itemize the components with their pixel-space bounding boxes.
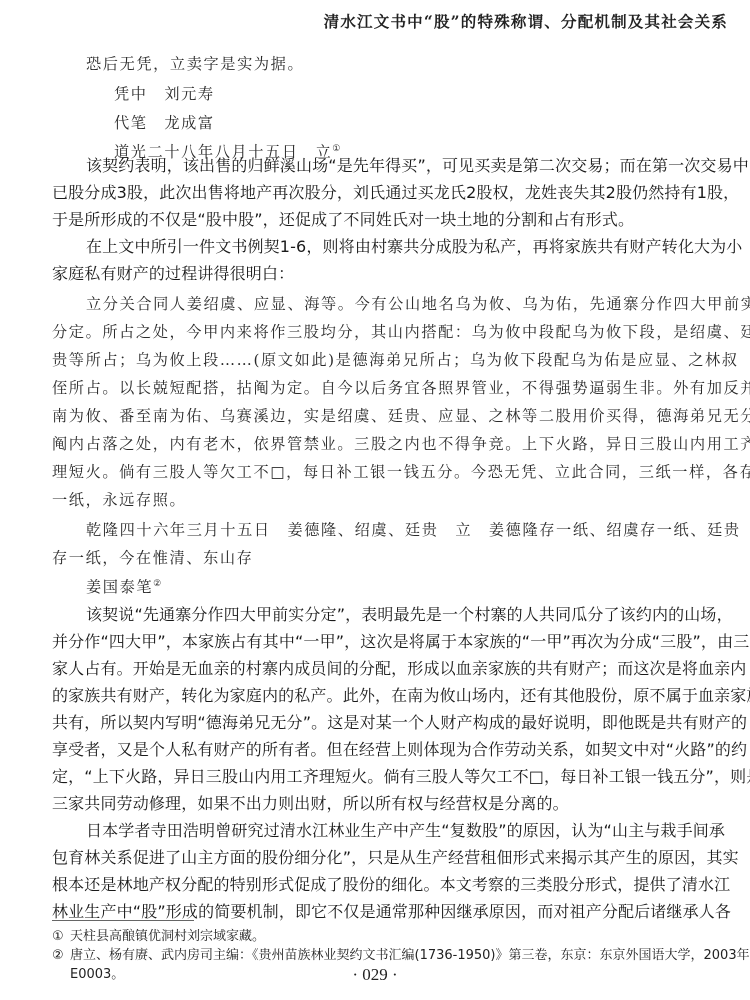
text-line: 根本还是林地产权分配的特别形式促成了股份的细化。本文考察的三类股分形式，提供了清… (52, 875, 730, 895)
quote-line: 乾隆四十六年三月十五日 姜德隆、绍虞、廷贵 立 姜德隆存一纸、绍虞存一纸、廷贵 (86, 520, 741, 540)
text-line: 并分作“四大甲”，本家族占有其中“一甲”，这次是将属于本家族的“一甲”再次为分成… (52, 632, 749, 652)
quote-line: 恐后无凭，立卖字是实为据。 (86, 54, 304, 74)
text-line: 该契说“先通寨分作四大甲前实分定”，表明最先是一个村寨的人共同瓜分了该约内的山场… (86, 605, 733, 625)
text-line: 于是所形成的不仅是“股中股”，还促成了不同姓氏对一块土地的分割和占有形式。 (52, 210, 634, 230)
quote-line: 南为攸、番至南为佑、乌赛溪边，实是绍虞、廷贵、应显、之林等二股用价买得，德海弟兄… (52, 406, 750, 426)
text-line: 林业生产中“股”形成的简要机制，即它不仅是通常那种因继承原因，而对祖产分配后诸继… (52, 902, 731, 922)
page-number: · 029 · (0, 965, 750, 985)
quote-line: 理短火。倘有三股人等欠工不□，每日补工银一钱五分。今恐无凭、立此合同，三纸一样，… (52, 462, 750, 482)
quote-line-scribe: 姜国泰笔② (86, 577, 163, 597)
quote-line: 侄所占。以长兢短配搭，拈阄为定。自今以后务宜各照界管业，不得强势逼弱生非。外有加… (52, 378, 750, 398)
text-line: 包育林关系促进了山主方面的股份细分化”，只是从生产经营租佃形式来揭示其产生的原因… (52, 848, 739, 868)
footnote-text: 唐立、杨有赓、武内房司主编：《贵州苗族林业契约文书汇编(1736-1950)》第… (70, 948, 750, 963)
footnote-1: ①天柱县高酿镇优洞村刘宗域家藏。 (52, 928, 265, 946)
quote-line: 存一纸，今在惟清、东山存 (52, 548, 253, 568)
text-line: 家庭私有财产的过程讲得很明白： (52, 264, 294, 284)
quote-line: 代笔 龙成富 (114, 113, 215, 133)
text-line: 三家共同劳动修理，如果不出力则出财，所以所有权与经营权是分离的。 (52, 794, 569, 814)
footnote-text: 天柱县高酿镇优洞村刘宗域家藏。 (70, 929, 265, 944)
text-line: 享受者，又是个人私有财产的所有者。但在经营上则体现为合作劳动关系，如契文中对“火… (52, 740, 747, 760)
text-line: 该契约表明，该出售的归鲜溪山场“是先年得买”，可见买卖是第二次交易；而在第一次交… (86, 156, 749, 176)
quote-line: 分定。所占之处，今甲内来将作三股均分，其山内搭配：乌为攸中段配乌为攸下段，是绍虞… (52, 322, 750, 342)
footnote-divider (52, 920, 194, 921)
quote-line: 贵等所占；乌为攸上段……(原文如此)是德海弟兄所占；乌为攸下段配乌为佑是应显、之… (52, 350, 739, 370)
footnote-ref-1[interactable]: ① (332, 144, 342, 154)
text-line: 定，“上下火路，异日三股山内用工齐理短火。倘有三股人等欠工不□，每日补工银一钱五… (52, 767, 750, 787)
running-title: 清水江文书中“股”的特殊称谓、分配机制及其社会关系 (324, 10, 728, 32)
footnote-mark: ② (52, 947, 70, 965)
text-line: 在上文中所引一件文书例契1-6，则将由村寨共分成股为私产，再将家族共有财产转化大… (86, 237, 742, 257)
text-line: 已股分成3股，此次出售将地产再次股分，刘氏通过买龙氏2股权，龙姓丧失其2股仍然持… (52, 183, 739, 203)
quote-line: 一纸，永远存照。 (52, 490, 186, 510)
quote-line: 立分关合同人姜绍虞、应显、海等。今有公山地名乌为攸、乌为佑，先通寨分作四大甲前实 (86, 294, 750, 314)
quote-line: 凭中 刘元寿 (114, 84, 215, 104)
footnote-2: ②唐立、杨有赓、武内房司主编：《贵州苗族林业契约文书汇编(1736-1950)》… (52, 947, 750, 965)
text-line: 家人占有。开始是无血亲的村寨内成员间的分配，形成以血亲家族的共有财产；而这次是将… (52, 659, 746, 679)
footnote-mark: ① (52, 928, 70, 946)
quote-line: 阄内占落之处，内有老木，依界管禁业。三股之内也不得争竞。上下火路，异日三股山内用… (52, 434, 750, 454)
text-line: 的家族共有财产，转化为家庭内的私产。此外，在南为攸山场内，还有其他股份，原不属于… (52, 686, 750, 706)
text-line: 日本学者寺田浩明曾研究过清水江林业生产中产生“复数股”的原因，认为“山主与栽手间… (86, 821, 725, 841)
text-line: 共有，所以契内写明“德海弟兄无分”。这是对某一个人财产构成的最好说明，即他既是共… (52, 713, 747, 733)
footnote-ref-2[interactable]: ② (153, 579, 163, 589)
